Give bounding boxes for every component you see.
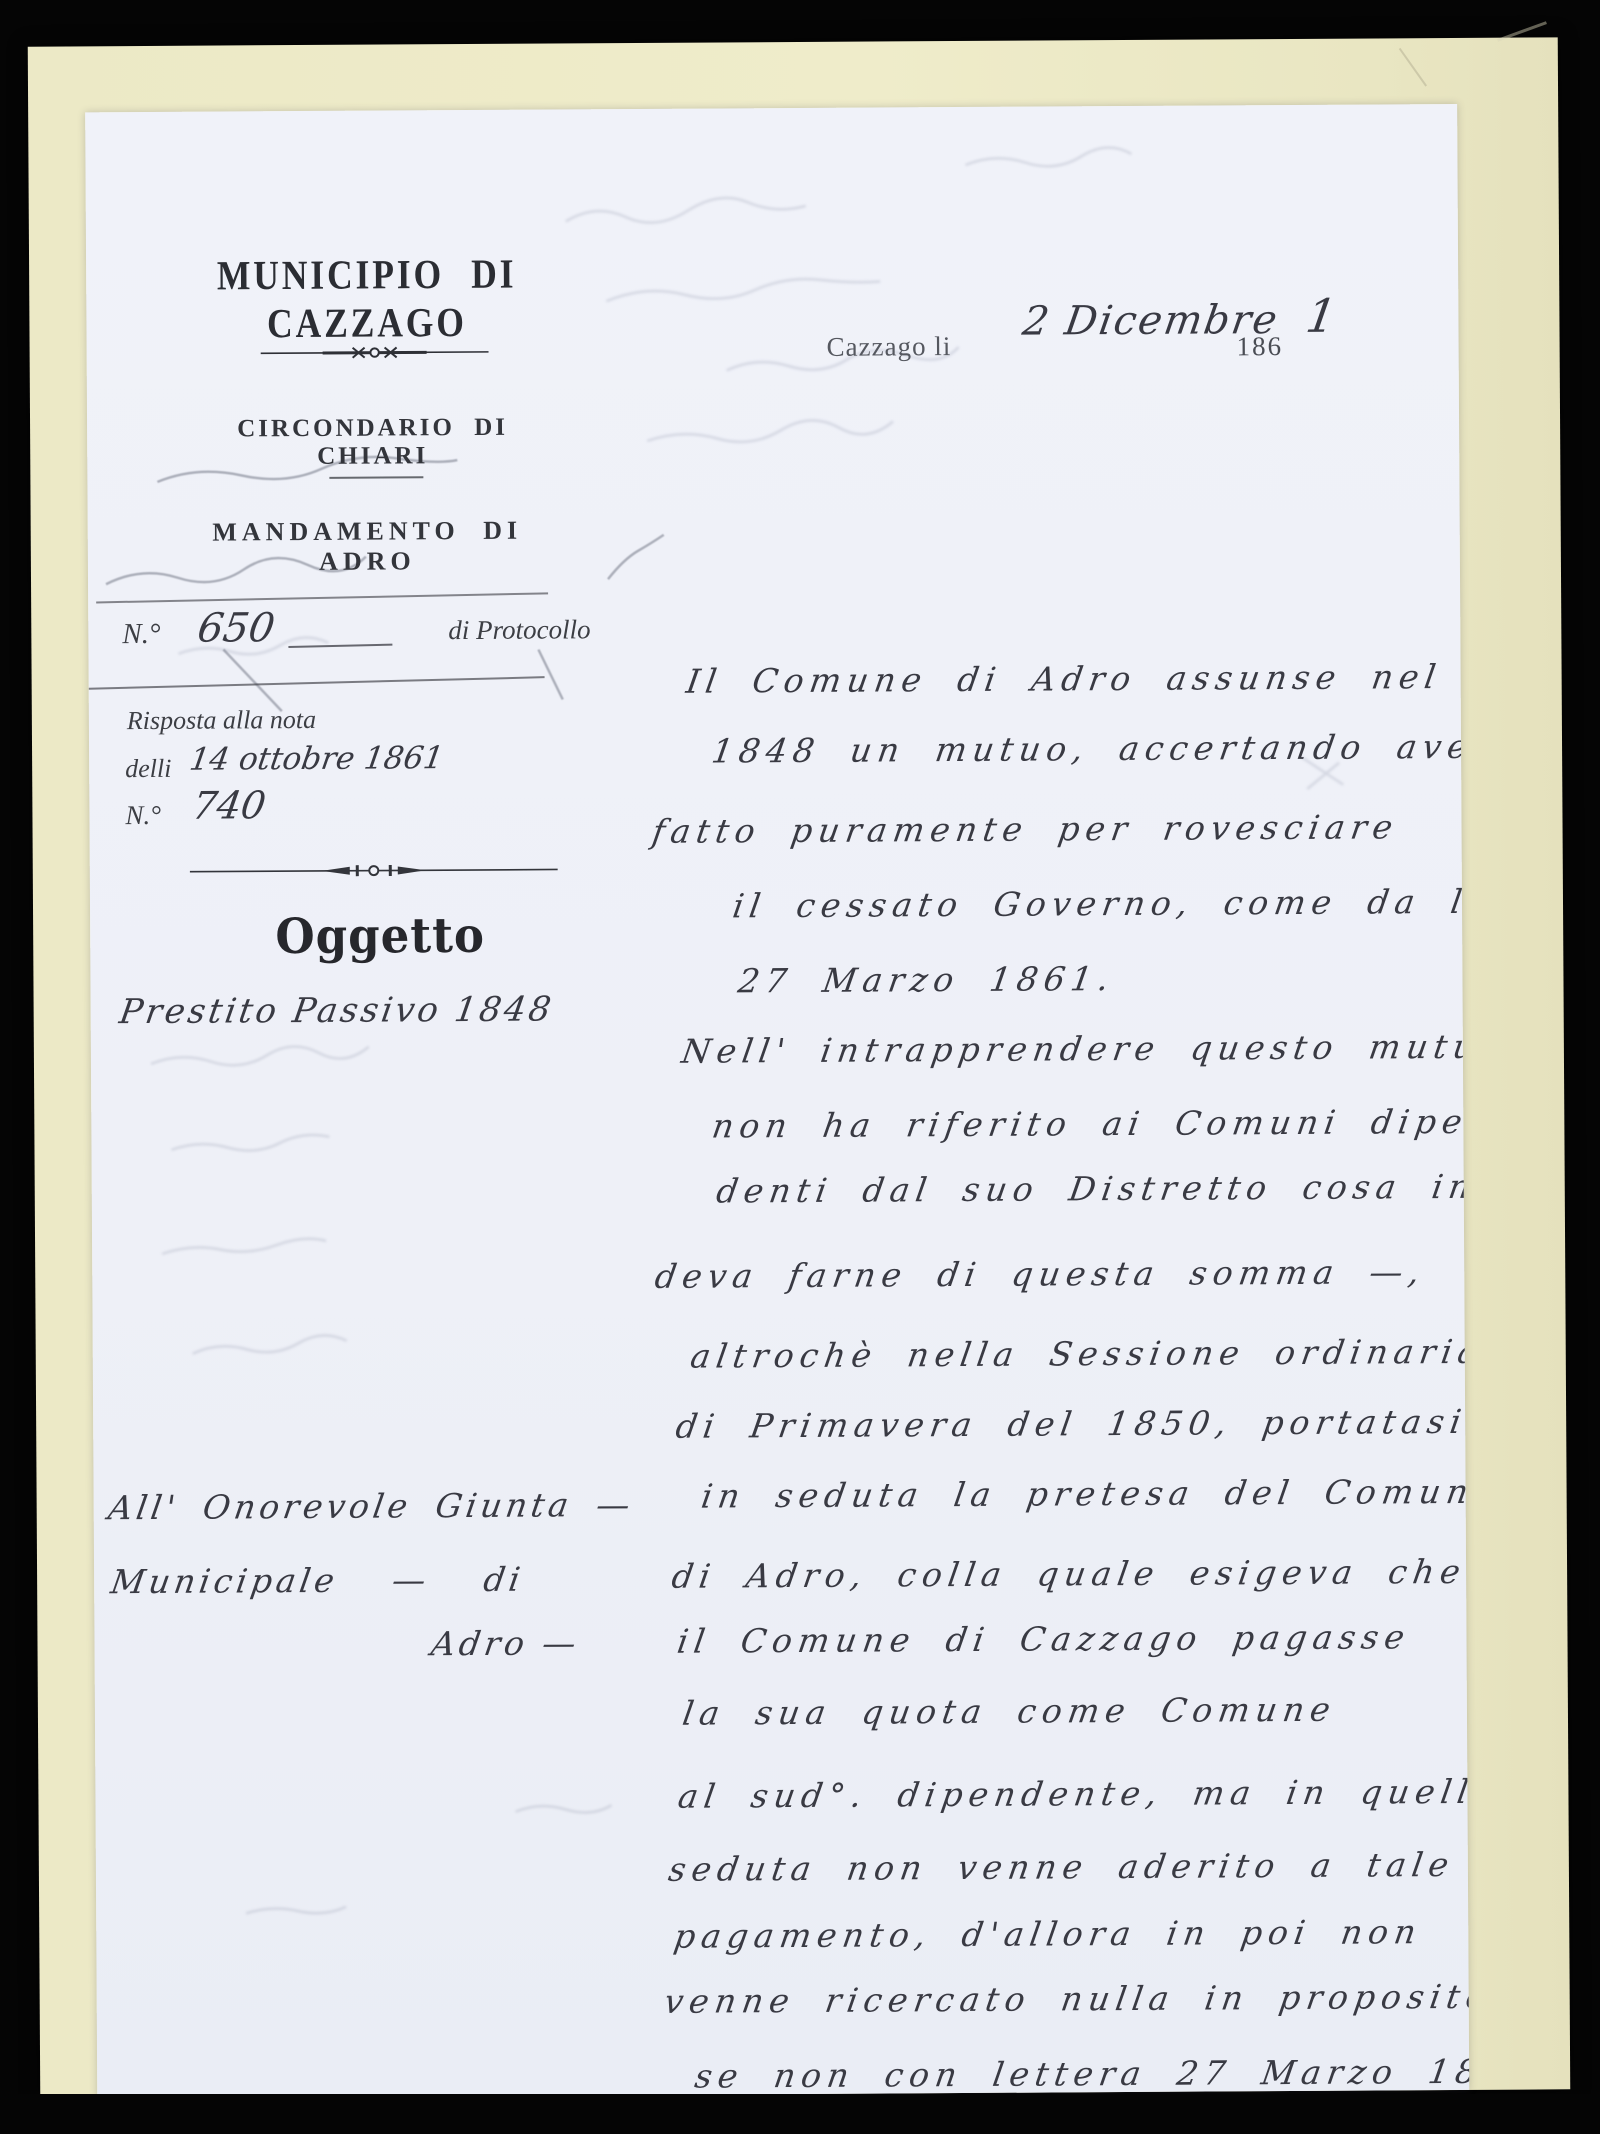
body-line: altrochè nella Sessione ordinaria <box>688 1332 1469 1376</box>
body-line: il Comune di Cazzago pagasse <box>675 1617 1413 1661</box>
letterhead-ornament <box>261 344 489 361</box>
body-line: seduta non venne aderito a tale <box>666 1845 1457 1889</box>
handwritten-dash <box>288 644 392 648</box>
body-line: Nell' intrapprendere questo mutuo, <box>679 1027 1469 1071</box>
reply-note-prefix: delli <box>125 754 171 784</box>
body-line: la sua quota come Comune <box>680 1690 1339 1733</box>
divider-rule <box>329 476 423 479</box>
reply-note-date: 14 ottobre 1861 <box>187 740 446 778</box>
protocol-suffix: di Protocollo <box>448 614 590 646</box>
reply-note-line: Risposta alla nota <box>127 705 316 736</box>
body-line: venne ricercato nulla in proposito, <box>662 1977 1469 2021</box>
body-line: se non con lettera 27 Marzo 1861 <box>692 2051 1469 2095</box>
scan-bottom-border <box>0 2094 1600 2134</box>
body-line: al sud°. dipendente, ma in quella <box>676 1772 1470 1816</box>
body-line: denti dal suo Distretto cosa inten= <box>714 1166 1469 1210</box>
divider-rule <box>96 592 548 603</box>
subject-ornament <box>190 859 558 879</box>
subject-label: Oggetto <box>243 906 518 964</box>
body-line: di Primavera del 1850, portatasi <box>673 1402 1469 1446</box>
recipient-line-1: All' Onorevole Giunta — <box>106 1485 637 1527</box>
dateline-year-written: 1 <box>1303 289 1341 343</box>
protocol-number-value: 650 <box>194 605 277 652</box>
paper-mat: MUNICIPIO DI CAZZAGO CIRCONDARIO DI CHIA… <box>28 37 1571 2098</box>
body-line: 1848 un mutuo, accertando averlo <box>709 726 1469 770</box>
body-line: Il Comune di Adro assunse nel <box>684 657 1445 701</box>
letterhead-municipality: MUNICIPIO DI CAZZAGO <box>124 250 609 349</box>
reply-number-value: 740 <box>190 783 269 827</box>
protocol-number-label: N.° <box>122 618 160 651</box>
reply-number-label: N.° <box>125 800 161 831</box>
dateline-year-printed: 186 <box>1237 331 1284 362</box>
subject-value: Prestito Passivo 1848 <box>117 989 557 1032</box>
divider-rule <box>89 676 545 690</box>
scanned-letter: MUNICIPIO DI CAZZAGO CIRCONDARIO DI CHIA… <box>0 0 1600 2134</box>
letter-page: MUNICIPIO DI CAZZAGO CIRCONDARIO DI CHIA… <box>85 104 1469 2098</box>
paper-crease <box>1399 48 1427 87</box>
body-line: di Adro, colla quale esigeva che <box>669 1552 1469 1596</box>
dateline-place-label: Cazzago li <box>827 331 952 363</box>
letterhead-district: CIRCONDARIO DI CHIARI <box>205 414 540 472</box>
recipient-line-2: Municipale — di <box>108 1560 526 1602</box>
letterhead-mandamento: MANDAMENTO DI ADRO <box>170 515 565 577</box>
body-line: in seduta la pretesa del Comune <box>699 1472 1470 1516</box>
body-line: pagamento, d'allora in poi non <box>671 1912 1424 1956</box>
body-line: il cessato Governo, come da lettera <box>730 881 1469 925</box>
body-line: fatto puramente per rovesciare <box>650 807 1402 851</box>
recipient-line-3: Adro — <box>429 1623 583 1663</box>
body-line: deva farne di questa somma —, <box>652 1252 1428 1296</box>
body-line: non ha riferito ai Comuni dipen= <box>709 1102 1469 1146</box>
body-line: 27 Marzo 1861. <box>736 959 1118 1000</box>
